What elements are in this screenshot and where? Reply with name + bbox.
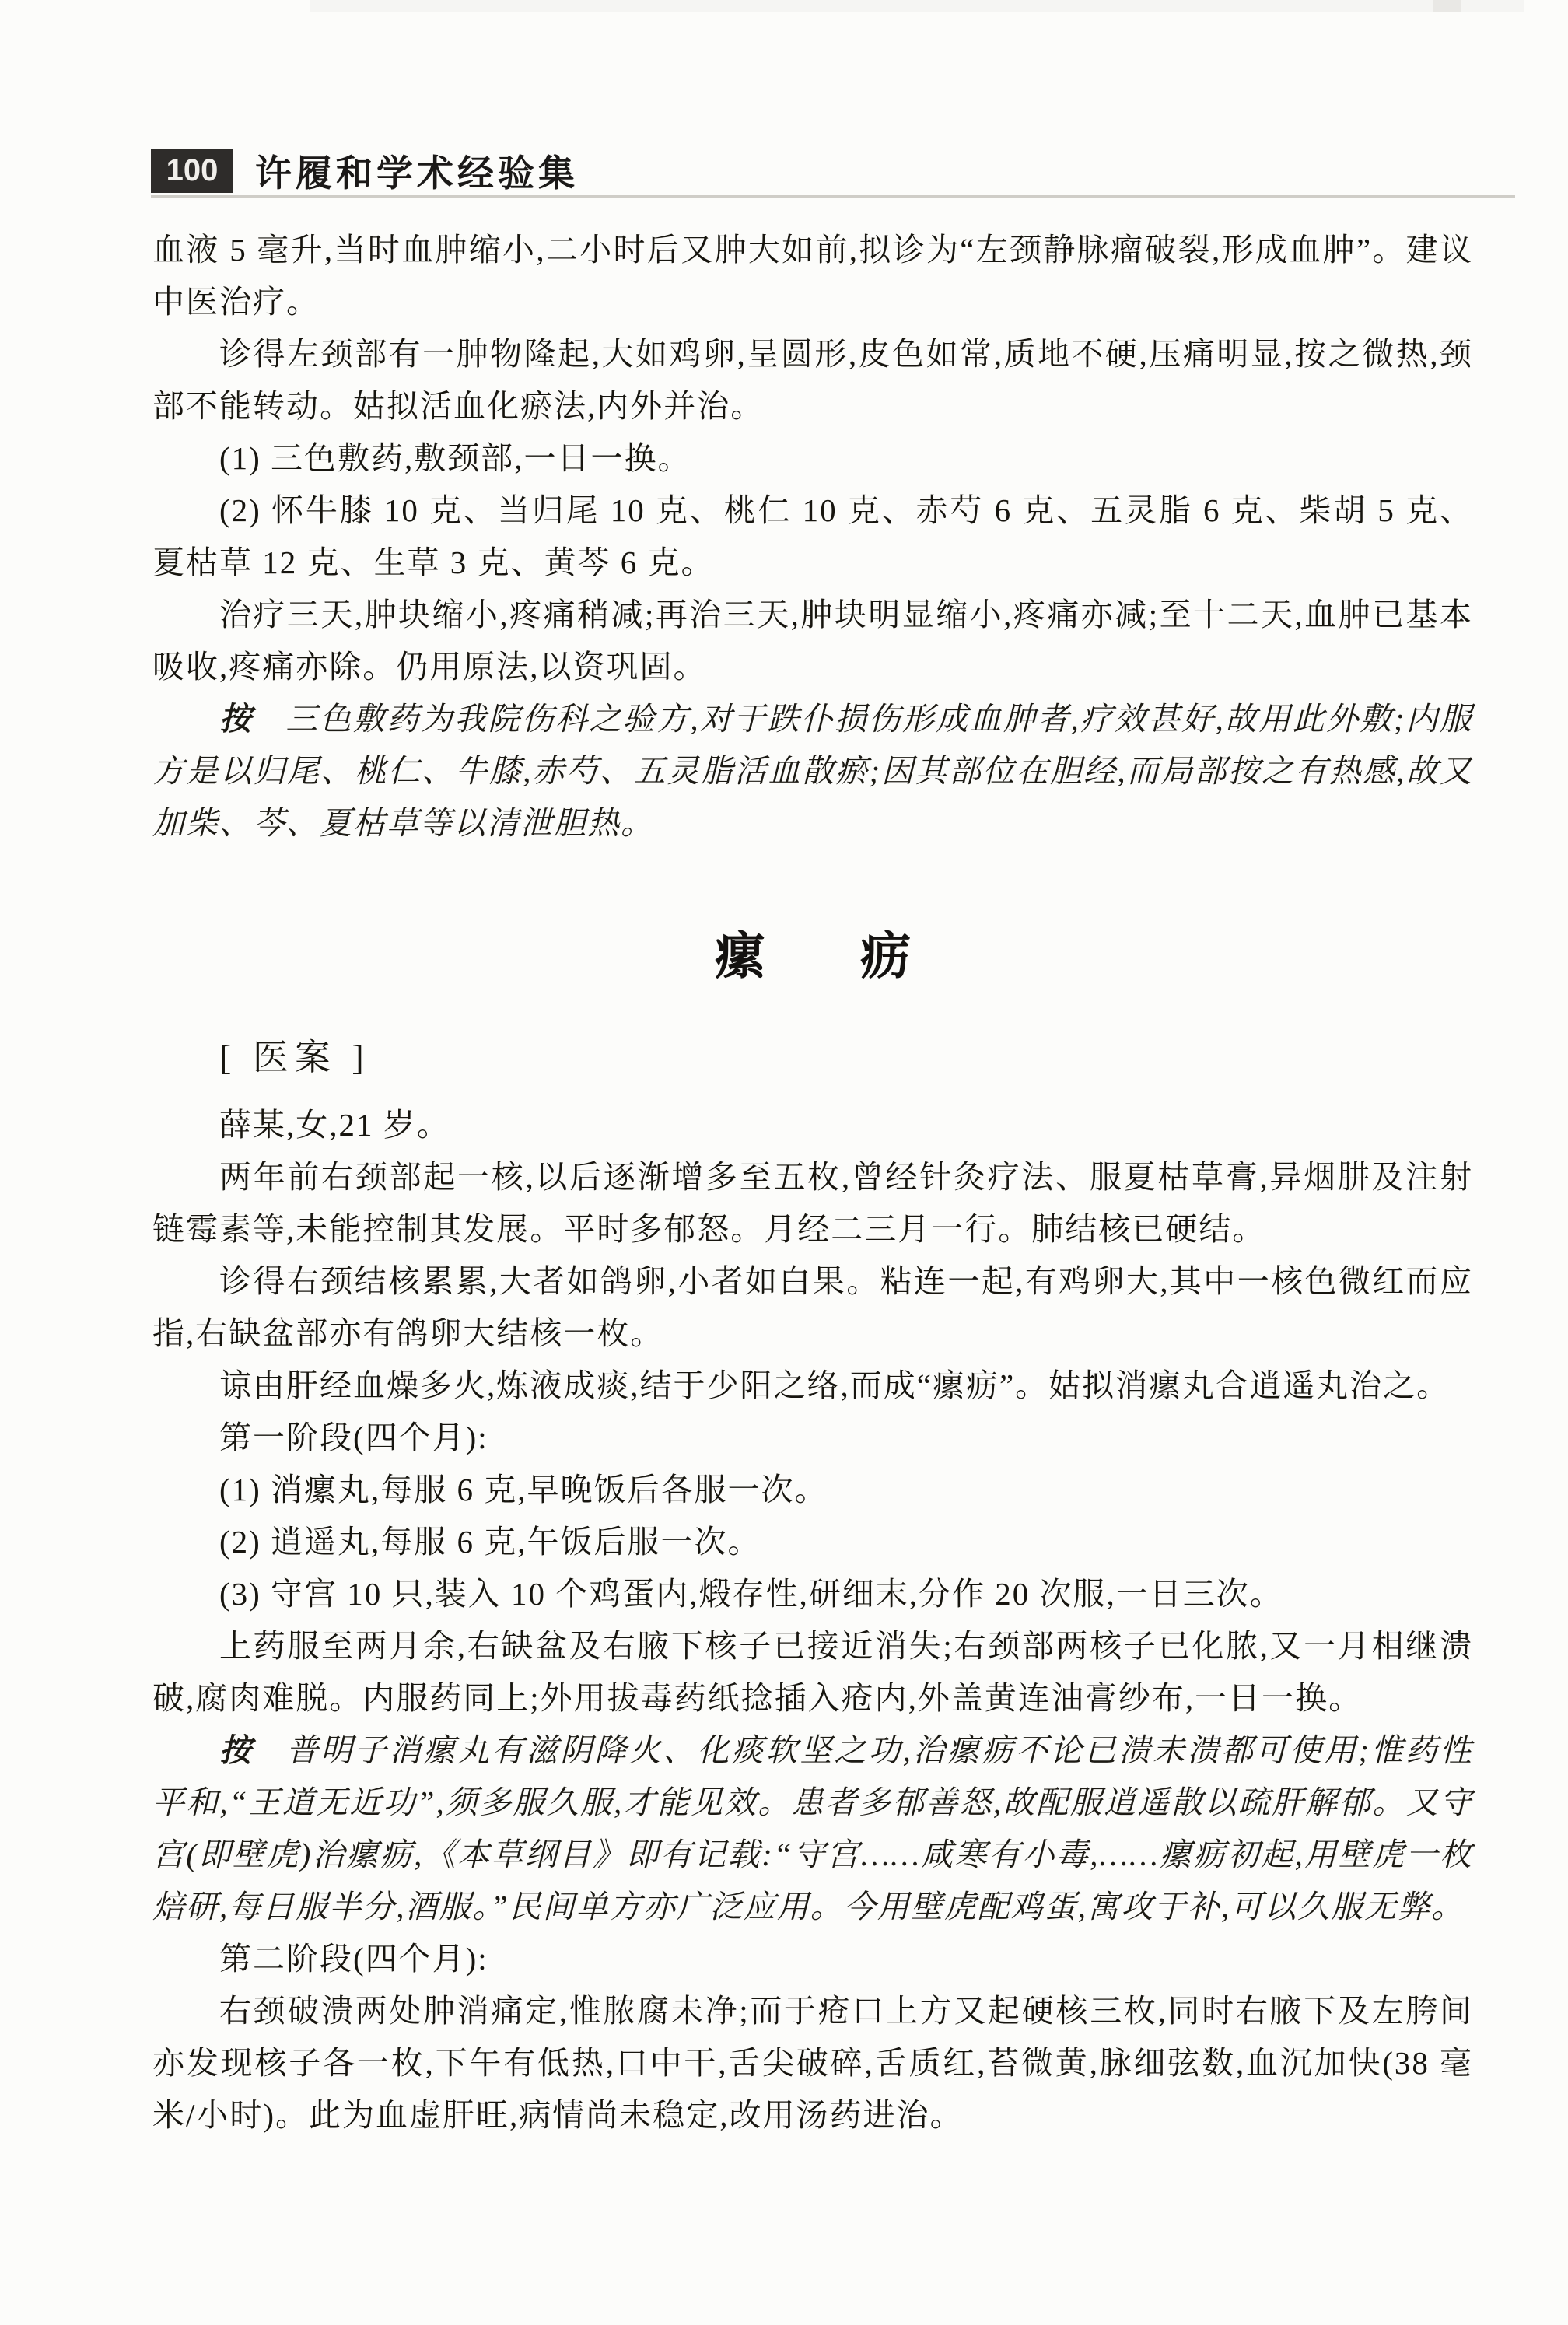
patient-info: 薛某,女,21 岁。 <box>152 1099 1473 1151</box>
scan-artifact-mark <box>1433 0 1461 12</box>
paragraph: 诊得左颈部有一肿物隆起,大如鸡卵,呈圆形,皮色如常,质地不硬,压痛明显,按之微热… <box>152 328 1473 432</box>
book-title: 许履和学术经验集 <box>255 145 579 197</box>
list-item-1: (1) 消瘰丸,每服 6 克,早晚饭后各服一次。 <box>152 1464 1473 1516</box>
list-item-2: (2) 怀牛膝 10 克、当归尾 10 克、桃仁 10 克、赤芍 6 克、五灵脂… <box>152 485 1473 589</box>
annotation-label: 按 <box>219 701 253 737</box>
annotation-label: 按 <box>219 1732 254 1768</box>
page-header: 100 许履和学术经验集 <box>151 145 579 197</box>
page-number-badge: 100 <box>151 149 233 193</box>
paragraph: 上药服至两月余,右缺盆及右腋下核子已接近消失;右颈部两核子已化脓,又一月相继溃破… <box>152 1620 1473 1724</box>
annotation-paragraph: 按三色敷药为我院伤科之验方,对于跌仆损伤形成血肿者,疗效甚好,故用此外敷;内服方… <box>152 693 1473 849</box>
paragraph: 诊得右颈结核累累,大者如鸽卵,小者如白果。粘连一起,有鸡卵大,其中一核色微红而应… <box>152 1255 1473 1360</box>
header-rule <box>151 195 1515 198</box>
paragraph: 右颈破溃两处肿消痛定,惟脓腐未净;而于疮口上方又起硬核三枚,同时右腋下及左胯间亦… <box>152 1985 1473 2141</box>
case-label: [ 医案 ] <box>219 1031 1473 1084</box>
paragraph-continued: 血液 5 毫升,当时血肿缩小,二小时后又肿大如前,拟诊为“左颈静脉瘤破裂,形成血… <box>152 224 1473 328</box>
paragraph: 治疗三天,肿块缩小,疼痛稍减;再治三天,肿块明显缩小,疼痛亦减;至十二天,血肿已… <box>152 589 1473 693</box>
paragraph: 谅由肝经血燥多火,炼液成痰,结于少阳之络,而成“瘰疬”。姑拟消瘰丸合逍遥丸治之。 <box>152 1360 1473 1412</box>
annotation-text: 普明子消瘰丸有滋阴降火、化痰软坚之功,治瘰疬不论已溃未溃都可使用;惟药性平和,“… <box>152 1732 1473 1924</box>
book-page: 100 许履和学术经验集 血液 5 毫升,当时血肿缩小,二小时后又肿大如前,拟诊… <box>0 0 1568 2325</box>
stage-2-heading: 第二阶段(四个月): <box>152 1933 1473 1985</box>
list-item-3: (3) 守宫 10 只,装入 10 个鸡蛋内,煅存性,研细末,分作 20 次服,… <box>152 1568 1473 1620</box>
list-item-2: (2) 逍遥丸,每服 6 克,午饭后服一次。 <box>152 1516 1473 1568</box>
section-title: 瘰疬 <box>152 929 1473 985</box>
annotation-text: 三色敷药为我院伤科之验方,对于跌仆损伤形成血肿者,疗效甚好,故用此外敷;内服方是… <box>152 701 1473 841</box>
list-item-1: (1) 三色敷药,敷颈部,一日一换。 <box>152 432 1473 485</box>
paragraph: 两年前右颈部起一核,以后逐渐增多至五枚,曾经针灸疗法、服夏枯草膏,异烟肼及注射链… <box>152 1151 1473 1255</box>
page-body: 血液 5 毫升,当时血肿缩小,二小时后又肿大如前,拟诊为“左颈静脉瘤破裂,形成血… <box>152 224 1473 2141</box>
annotation-paragraph: 按普明子消瘰丸有滋阴降火、化痰软坚之功,治瘰疬不论已溃未溃都可使用;惟药性平和,… <box>152 1724 1473 1933</box>
scan-artifact-strip <box>310 0 1524 12</box>
stage-1-heading: 第一阶段(四个月): <box>152 1412 1473 1464</box>
